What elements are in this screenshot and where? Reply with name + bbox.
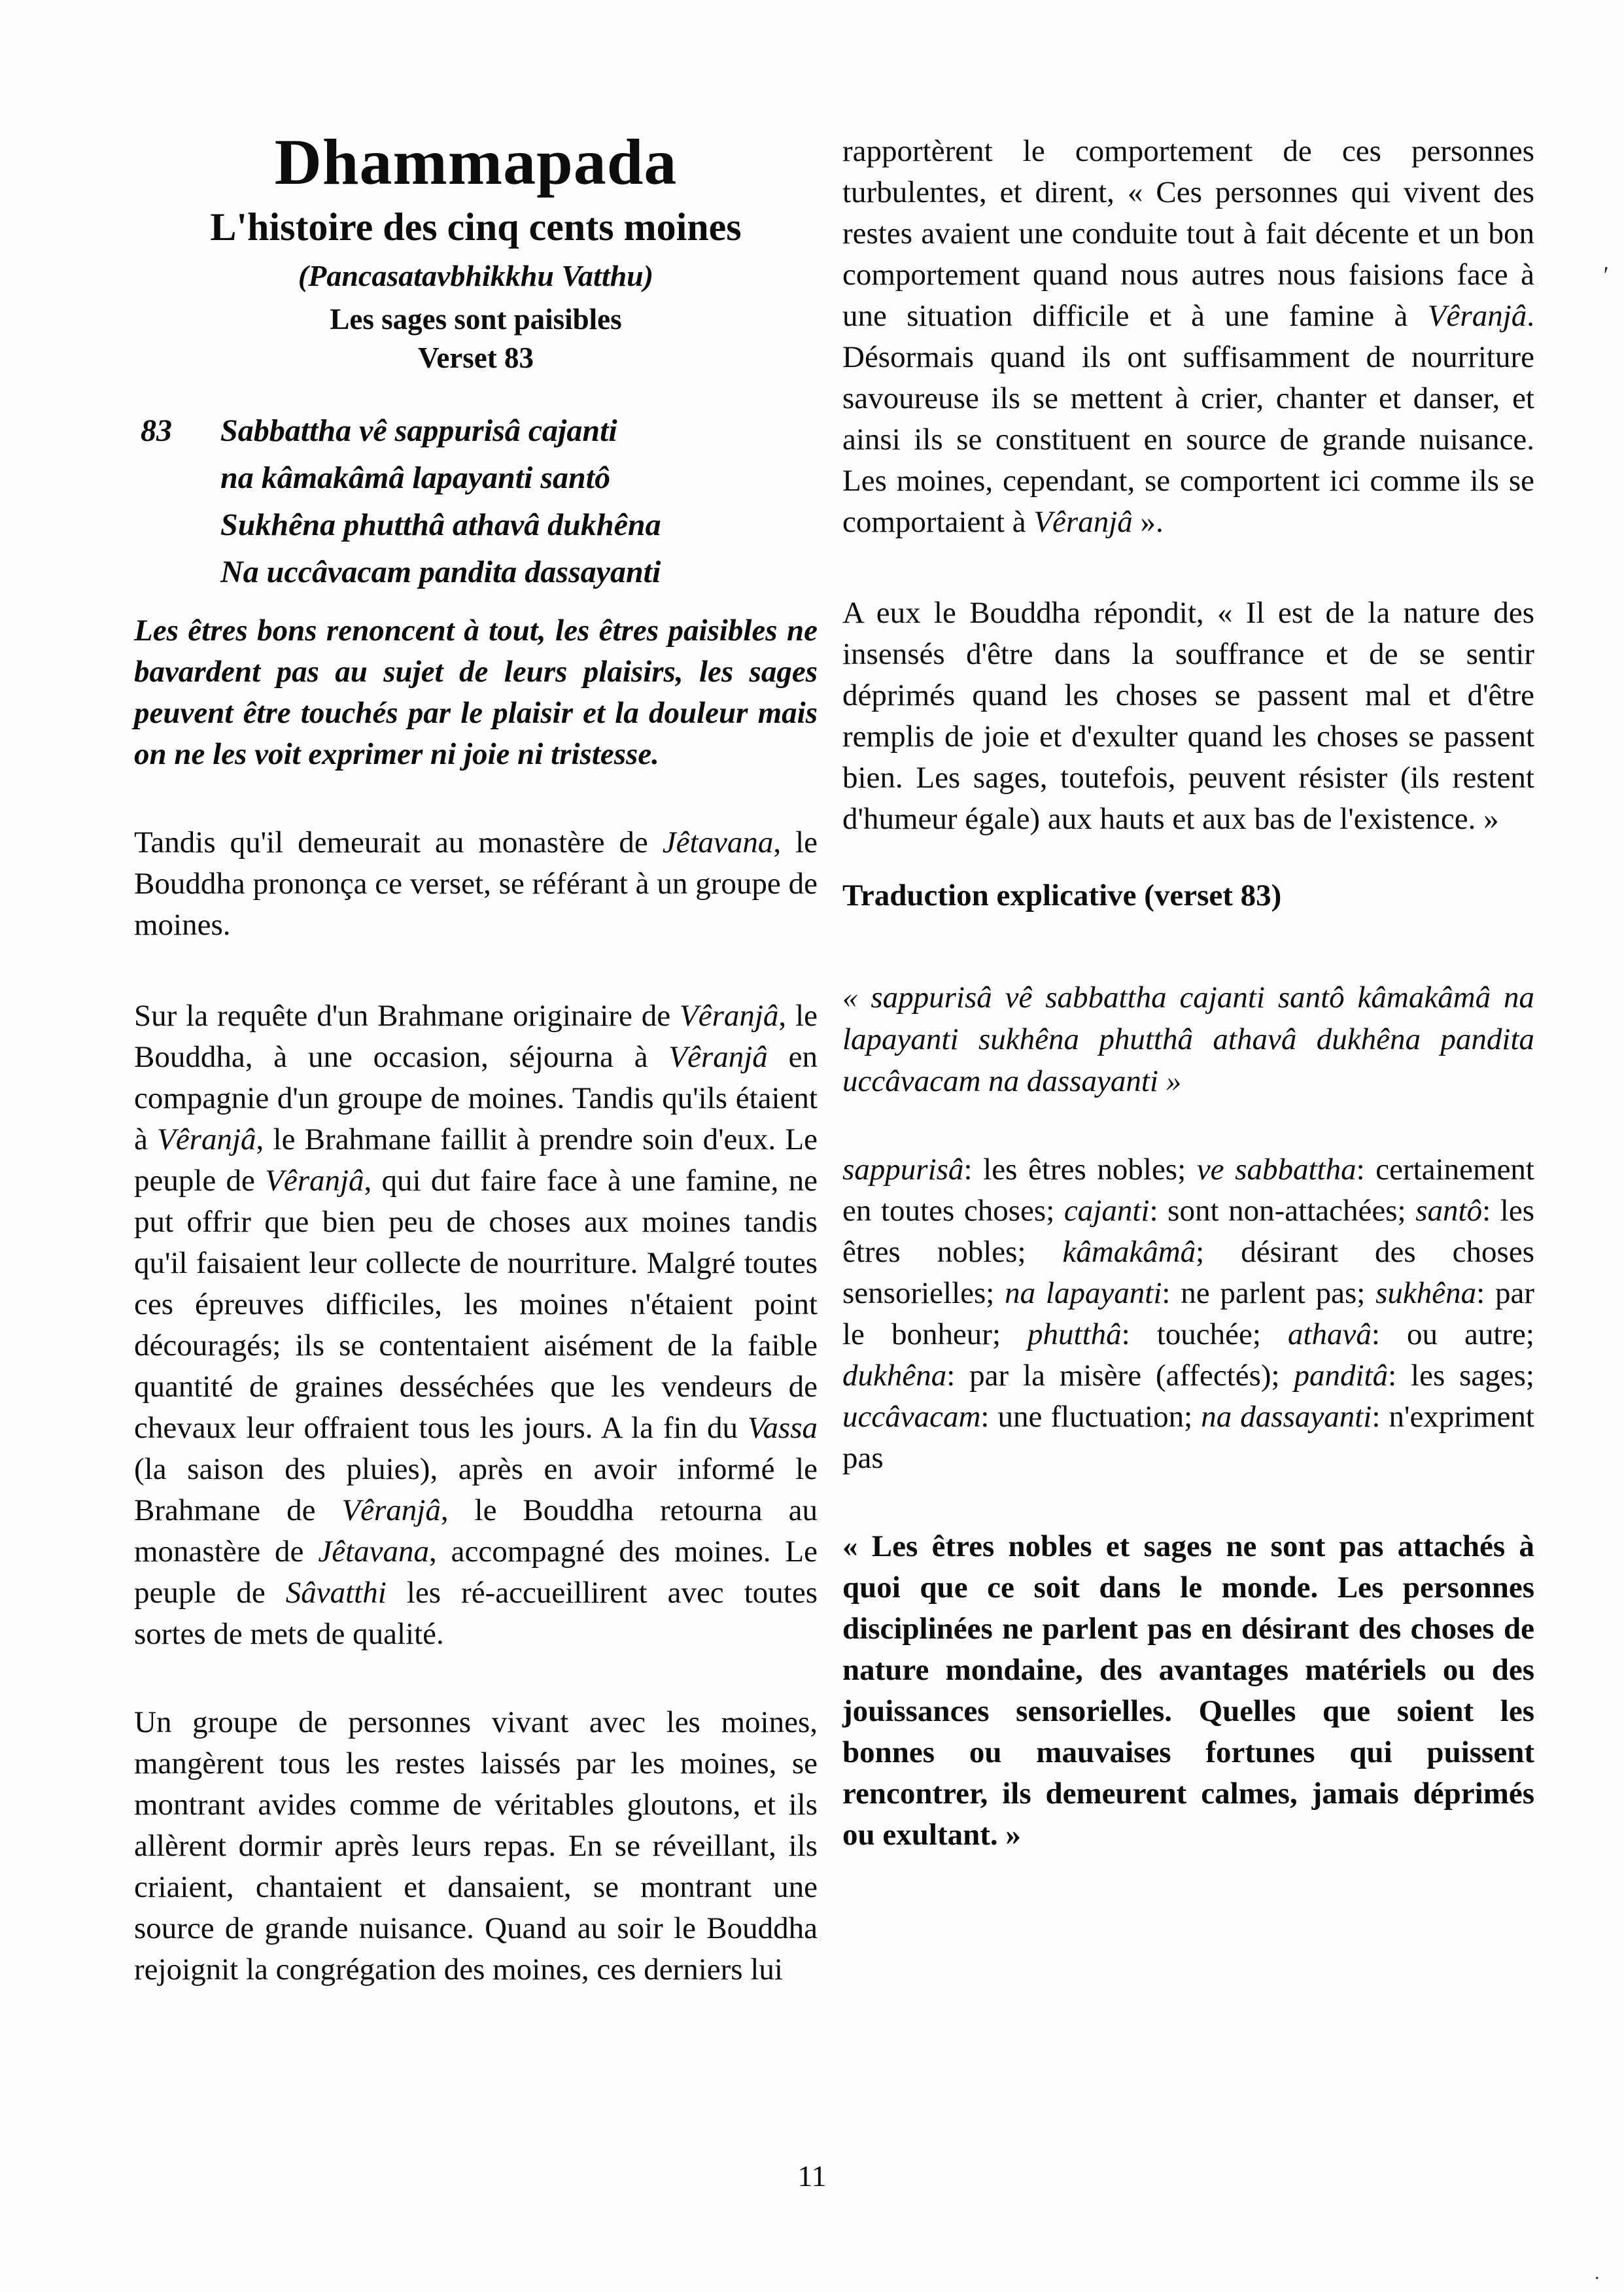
paragraph-jetavana: Tandis qu'il demeurait au monastère de J… xyxy=(134,822,818,946)
text-run: . Désormais quand ils ont suffisamment d… xyxy=(842,299,1534,539)
gloss-term: ve sabbattha xyxy=(1197,1153,1356,1187)
gloss-term: sappurisâ xyxy=(842,1153,963,1187)
text-run: , qui dut faire face à une famine, ne pu… xyxy=(134,1164,818,1445)
left-column: Dhammapada L'histoire des cinq cents moi… xyxy=(134,128,818,1990)
text-run-italic: Vêranjâ xyxy=(668,1040,767,1074)
gloss-term: panditâ xyxy=(1294,1359,1388,1393)
text-run: Tandis qu'il demeurait au monastère de xyxy=(134,825,663,859)
scanned-page: Dhammapada L'histoire des cinq cents moi… xyxy=(0,0,1624,2292)
gloss-def: : les êtres nobles; xyxy=(963,1153,1196,1187)
text-run-italic: Vêranjâ xyxy=(157,1122,256,1156)
gloss-term: na lapayanti xyxy=(1005,1276,1162,1310)
gloss-term: uccâvacam xyxy=(842,1400,980,1434)
right-column: rapportèrent le comportement de ces pers… xyxy=(842,131,1534,1856)
pali-quote: « sappurisâ vê sabbattha cajanti santô k… xyxy=(842,977,1534,1102)
verse-lines: Sabbattha vê sappurisâ cajanti na kâmakâ… xyxy=(220,408,818,596)
text-run-italic: Jêtavana xyxy=(663,825,774,859)
text-run-italic: Vêranjâ xyxy=(680,999,778,1033)
verse-number: 83 xyxy=(134,408,220,596)
verse-label: Verset 83 xyxy=(134,342,818,375)
gloss-term: sukhêna xyxy=(1375,1276,1476,1310)
paragraph-buddha-reply: A eux le Bouddha répondit, « Il est de l… xyxy=(842,593,1534,840)
pali-story-title: (Pancasatavbhikkhu Vatthu) xyxy=(134,260,818,293)
gloss-def: : une fluctuation; xyxy=(980,1400,1201,1434)
verse-summary: Les êtres bons renoncent à tout, les êtr… xyxy=(134,610,818,775)
theme-line: Les sages sont paisibles xyxy=(134,304,818,336)
page-title: Dhammapada xyxy=(134,128,818,196)
gloss-term: cajanti xyxy=(1064,1194,1150,1228)
verse-line: Na uccâvacam pandita dassayanti xyxy=(220,549,818,596)
scan-artifact: . xyxy=(1595,2263,1600,2283)
gloss-term: dukhêna xyxy=(842,1359,946,1393)
gloss-term: na dassayanti xyxy=(1201,1400,1372,1434)
gloss-def: : par la misère (affectés); xyxy=(946,1359,1294,1393)
verse-line: na kâmakâmâ lapayanti santô xyxy=(220,455,818,502)
text-run-italic: Vêranjâ xyxy=(1428,299,1527,333)
gloss-def: : sont non-attachées; xyxy=(1149,1194,1415,1228)
text-run: Sur la requête d'un Brahmane originaire … xyxy=(134,999,680,1033)
gloss-def: : ou autre; xyxy=(1372,1317,1534,1351)
gloss-term: kâmakâmâ xyxy=(1063,1235,1196,1269)
gloss-term: phutthâ xyxy=(1028,1317,1122,1351)
text-run-italic: Vêranjâ xyxy=(265,1164,364,1198)
text-run-italic: Sâvatthi xyxy=(286,1576,387,1610)
story-title: L'histoire des cinq cents moines xyxy=(134,207,818,248)
gloss-term: athavâ xyxy=(1288,1317,1372,1351)
scan-artifact: ' xyxy=(1600,263,1610,288)
pali-verse: 83 Sabbattha vê sappurisâ cajanti na kâm… xyxy=(134,408,818,596)
page-number: 11 xyxy=(0,2159,1624,2193)
paragraph-veranja: Sur la requête d'un Brahmane originaire … xyxy=(134,996,818,1655)
word-gloss: sappurisâ: les êtres nobles; ve sabbatth… xyxy=(842,1149,1534,1479)
explanation-heading: Traduction explicative (verset 83) xyxy=(842,875,1534,916)
text-run: ». xyxy=(1133,505,1164,539)
explanation-paragraph: « Les êtres nobles et sages ne sont pas … xyxy=(842,1526,1534,1856)
gloss-def: : touchée; xyxy=(1122,1317,1288,1351)
gloss-def: : les sages; xyxy=(1388,1359,1534,1393)
gloss-term: santô xyxy=(1415,1194,1482,1228)
paragraph-group: Un groupe de personnes vivant avec les m… xyxy=(134,1702,818,1990)
gloss-def: : ne parlent pas; xyxy=(1162,1276,1375,1310)
text-run-italic: Jêtavana xyxy=(318,1535,429,1569)
verse-line: Sukhêna phutthâ athavâ dukhêna xyxy=(220,502,818,549)
document-header: Dhammapada L'histoire des cinq cents moi… xyxy=(134,128,818,375)
text-run-italic: Vêranjâ xyxy=(341,1493,440,1527)
text-run-italic: Vassa xyxy=(748,1411,818,1445)
text-run-italic: Vêranjâ xyxy=(1033,505,1132,539)
paragraph-report: rapportèrent le comportement de ces pers… xyxy=(842,131,1534,543)
verse-line: Sabbattha vê sappurisâ cajanti xyxy=(220,408,818,455)
